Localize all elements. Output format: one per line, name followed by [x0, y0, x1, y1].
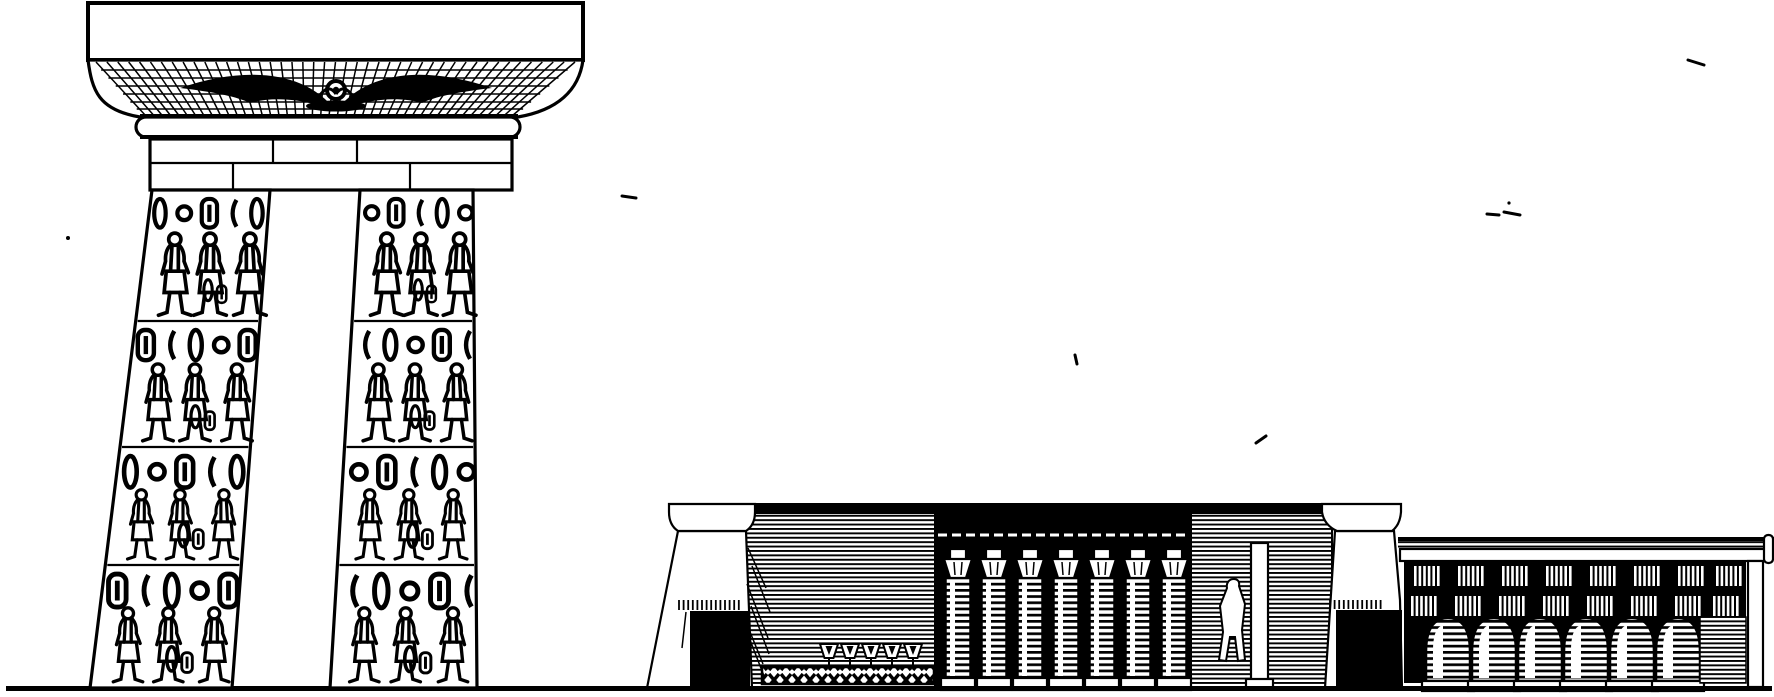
shaft-highlight [1094, 580, 1099, 676]
bud-column [1518, 618, 1562, 681]
grille-slat [1692, 566, 1695, 586]
bud-column [1426, 618, 1470, 681]
grille-slat [1551, 566, 1554, 586]
dark-doorway [1336, 610, 1402, 688]
column-shaft [1126, 578, 1150, 678]
grille-slat [1473, 596, 1476, 616]
bud-column [1610, 618, 1654, 681]
cornice-crown-hatch [1398, 541, 1774, 549]
grille-slat [1634, 566, 1637, 586]
grille-slat [1639, 566, 1642, 586]
capital-line [1062, 562, 1063, 575]
bell-capital [1124, 559, 1152, 578]
grille-slat [1605, 596, 1608, 616]
grille-slat [1560, 566, 1563, 586]
column-shaft [1054, 578, 1078, 678]
capital-line [1026, 562, 1027, 575]
grille-slat [1416, 596, 1419, 616]
bell-capital [1052, 559, 1080, 578]
capital-line [1105, 562, 1106, 575]
dark-doorway [690, 611, 750, 688]
capital-line [954, 562, 955, 575]
grille-slat [1680, 596, 1683, 616]
grille-slat [1739, 566, 1742, 586]
grille-slat [1713, 596, 1716, 616]
shaft-highlight [1130, 580, 1135, 676]
grille-slat [1683, 566, 1686, 586]
bud-column [1472, 618, 1516, 681]
cavetto-cornice [1322, 504, 1401, 531]
grille-slat [1643, 566, 1646, 586]
side-hall [1398, 535, 1774, 691]
grille-slat [1507, 566, 1510, 586]
grille-slat [1696, 566, 1699, 586]
stray-dot [1507, 201, 1510, 204]
grille-slat [1429, 596, 1432, 616]
grille-slat [1420, 596, 1423, 616]
grille-slat [1631, 596, 1634, 616]
grille-slat [1478, 596, 1481, 616]
grille-slat [1520, 566, 1523, 586]
grille-slat [1721, 566, 1724, 586]
bell-capital [980, 559, 1008, 578]
grille-slat [1722, 596, 1725, 616]
grille-slat [1455, 596, 1458, 616]
shaft-highlight [1058, 580, 1063, 676]
grille-slat [1434, 596, 1437, 616]
grille-slat [1652, 566, 1655, 586]
grille-slat [1419, 566, 1422, 586]
shaft-highlight [1022, 580, 1027, 676]
column-shaft [1018, 578, 1042, 678]
grille-slat [1428, 566, 1431, 586]
grille-slat [1569, 566, 1572, 586]
capital-line [1069, 562, 1070, 575]
cavetto-cornice [669, 504, 755, 531]
grille-slat [1725, 566, 1728, 586]
grille-slat [1566, 596, 1569, 616]
grille-slat [1698, 596, 1701, 616]
grille-slat [1613, 566, 1616, 586]
grille-slat [1552, 596, 1555, 616]
grille-slat [1476, 566, 1479, 586]
ground-line [6, 686, 1772, 691]
grille-slat [1648, 566, 1651, 586]
grille-slat [1645, 596, 1648, 616]
grille-slat [1595, 566, 1598, 586]
grille-slat [1701, 566, 1704, 586]
torus-moulding [136, 117, 520, 137]
grille-slat [1508, 596, 1511, 616]
grille-slat [1516, 566, 1519, 586]
grille-slat [1513, 596, 1516, 616]
capital-line [1141, 562, 1142, 575]
bud-column [1564, 618, 1608, 681]
column-shaft [1162, 578, 1186, 678]
grille-slat [1689, 596, 1692, 616]
column-shaft [1090, 578, 1114, 678]
grille-slat [1437, 566, 1440, 586]
grille-slat [1601, 596, 1604, 616]
grille-slat [1693, 596, 1696, 616]
column-shaft [982, 578, 1006, 678]
grille-slat [1414, 566, 1417, 586]
stray-tick [1075, 355, 1077, 364]
grille-slat [1716, 566, 1719, 586]
cornice-fascia [1400, 549, 1772, 561]
grille-slat [1730, 566, 1733, 586]
shaft-highlight [1166, 580, 1171, 676]
bud-column [1656, 618, 1700, 681]
grille-slat [1464, 596, 1467, 616]
corner-post [1748, 561, 1763, 687]
grille-slat [1610, 596, 1613, 616]
grille-slat [1687, 566, 1690, 586]
grille-slat [1731, 596, 1734, 616]
grille-slat [1460, 596, 1463, 616]
checker-band [762, 667, 934, 684]
grille-slat [1511, 566, 1514, 586]
grille-slat [1640, 596, 1643, 616]
square-pillar [1251, 543, 1268, 681]
grille-slat [1458, 566, 1461, 586]
grille-slat [1564, 566, 1567, 586]
grille-slat [1463, 566, 1466, 586]
grille-slat [1684, 596, 1687, 616]
bell-capital [1160, 559, 1188, 578]
capital-line [961, 562, 962, 575]
grille-slat [1425, 596, 1428, 616]
capital-line [990, 562, 991, 575]
grille-slat [1734, 566, 1737, 586]
grille-slat [1736, 596, 1739, 616]
grille-slat [1467, 566, 1470, 586]
grille-slat [1502, 566, 1505, 586]
grille-slat [1727, 596, 1730, 616]
coping-slab [88, 3, 583, 60]
bell-capital [1016, 559, 1044, 578]
grille-slat [1587, 596, 1590, 616]
grille-slat [1678, 566, 1681, 586]
grille-slat [1590, 566, 1593, 586]
shaft-highlight [950, 580, 955, 676]
grille-slat [1499, 596, 1502, 616]
stray-dash [622, 196, 636, 198]
grille-slat [1546, 566, 1549, 586]
grille-slat [1504, 596, 1507, 616]
grille-slat [1481, 566, 1484, 586]
temple-elevation-drawing: black-and-white engraved architectural e… [0, 0, 1774, 697]
grille-slat [1608, 566, 1611, 586]
grille-slat [1522, 596, 1525, 616]
right-pylon-tower [1322, 504, 1402, 688]
bell-capital [1088, 559, 1116, 578]
grille-slat [1469, 596, 1472, 616]
grille-slat [1636, 596, 1639, 616]
grille-slat [1718, 596, 1721, 616]
grille-slat [1472, 566, 1475, 586]
grille-slat [1548, 596, 1551, 616]
capital-line [1134, 562, 1135, 575]
grille-slat [1555, 566, 1558, 586]
grille-slat [1675, 596, 1678, 616]
temple-facade [647, 504, 1402, 690]
cornice-top-line [1398, 537, 1774, 541]
stray-dot [66, 236, 70, 240]
grille-slat [1543, 596, 1546, 616]
shaft-highlight [986, 580, 991, 676]
lintel-block [150, 139, 512, 190]
end-wall [1700, 617, 1746, 683]
grille-slat [1423, 566, 1426, 586]
grille-slat [1596, 596, 1599, 616]
lintel-masonry [150, 139, 512, 190]
grille-slat [1657, 566, 1660, 586]
column-shaft [946, 578, 970, 678]
grille-slat [1557, 596, 1560, 616]
grille-slat [1654, 596, 1657, 616]
capital-line [1033, 562, 1034, 575]
capital-line [1098, 562, 1099, 575]
cornice-end-cap [1764, 535, 1773, 563]
grille-slat [1649, 596, 1652, 616]
grille-slat [1432, 566, 1435, 586]
grille-slat [1525, 566, 1528, 586]
capital-line [997, 562, 998, 575]
bell-capital [944, 559, 972, 578]
engraving-page: black-and-white engraved architectural e… [0, 0, 1774, 697]
capital-line [1177, 562, 1178, 575]
grille-slat [1561, 596, 1564, 616]
grille-slat [1517, 596, 1520, 616]
grille-slat [1592, 596, 1595, 616]
grille-slat [1599, 566, 1602, 586]
grille-slat [1604, 566, 1607, 586]
grille-slat [1411, 596, 1414, 616]
capital-line [1170, 562, 1171, 575]
